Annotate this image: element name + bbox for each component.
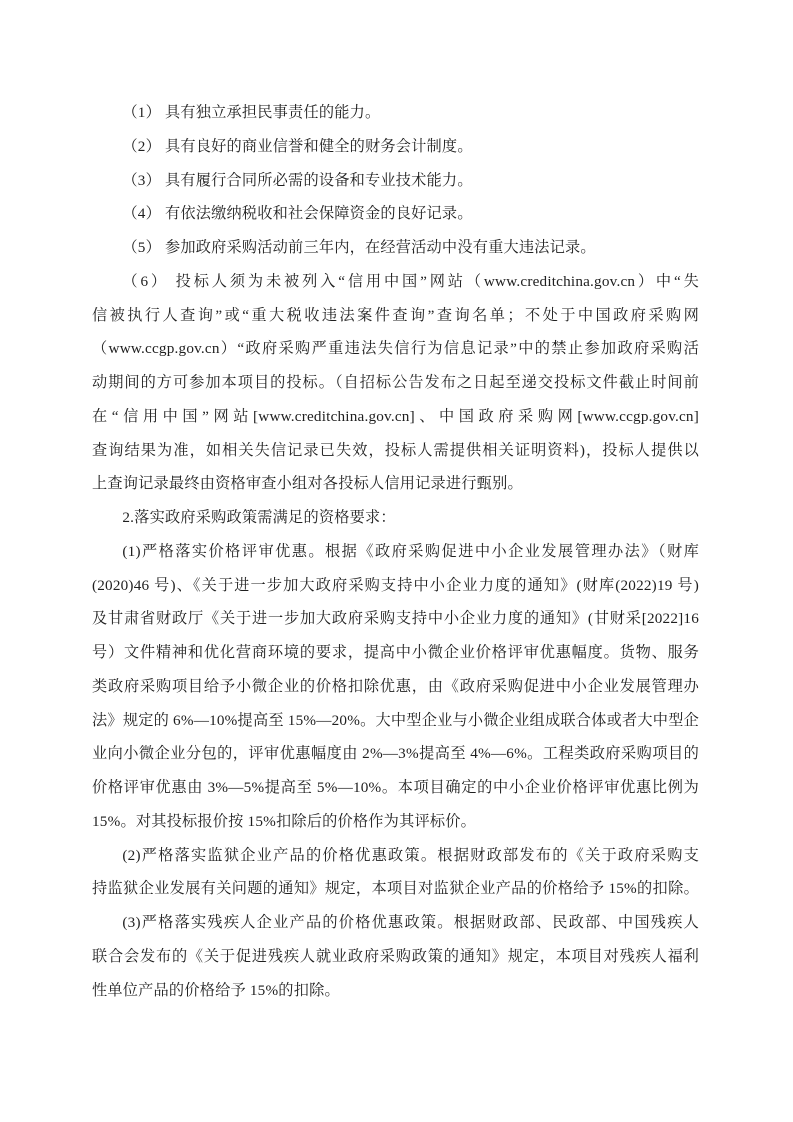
text-line: 号）文件精神和优化营商环境的要求，提高中小微企业价格评审优惠幅度。货物、服务 — [92, 636, 699, 670]
paragraph: (1)严格落实价格评审优惠。根据《政府采购促进中小企业发展管理办法》（财库 (2… — [92, 535, 699, 839]
paragraph: （4） 有依法缴纳税收和社会保障资金的良好记录。 — [92, 197, 699, 231]
paragraph: 2.落实政府采购政策需满足的资格要求： — [92, 501, 699, 535]
text-line: (2)严格落实监狱企业产品的价格优惠政策。根据财政部发布的《关于政府采购支 — [92, 839, 699, 873]
document-page: （1） 具有独立承担民事责任的能力。 （2） 具有良好的商业信誉和健全的财务会计… — [0, 0, 793, 1122]
text-line: 上查询记录最终由资格审查小组对各投标人信用记录进行甄别。 — [92, 467, 699, 501]
text-line: (2020)46 号)、《关于进一步加大政府采购支持中小企业力度的通知》(财库(… — [92, 569, 699, 603]
text-line: (3)严格落实残疾人企业产品的价格优惠政策。根据财政部、民政部、中国残疾人 — [92, 906, 699, 940]
document-body: （1） 具有独立承担民事责任的能力。 （2） 具有良好的商业信誉和健全的财务会计… — [92, 96, 699, 1007]
text-line: 动期间的方可参加本项目的投标。（自招标公告发布之日起至递交投标文件截止时间前 — [92, 366, 699, 400]
text-line: 价格评审优惠由 3%—5%提高至 5%—10%。本项目确定的中小企业价格评审优惠… — [92, 771, 699, 805]
paragraph: （1） 具有独立承担民事责任的能力。 — [92, 96, 699, 130]
text-line: 法》规定的 6%—10%提高至 15%—20%。大中型企业与小微企业组成联合体或… — [92, 704, 699, 738]
text-line: 及甘肃省财政厅《关于进一步加大政府采购支持中小企业力度的通知》(甘财采[2022… — [92, 602, 699, 636]
text-line: （4） 有依法缴纳税收和社会保障资金的良好记录。 — [92, 197, 699, 231]
paragraph: （6） 投标人须为未被列入“信用中国”网站（www.creditchina.go… — [92, 265, 699, 501]
text-line: 联合会发布的《关于促进残疾人就业政府采购政策的通知》规定，本项目对残疾人福利 — [92, 940, 699, 974]
text-line: （5） 参加政府采购活动前三年内，在经营活动中没有重大违法记录。 — [92, 231, 699, 265]
text-line: （1） 具有独立承担民事责任的能力。 — [92, 96, 699, 130]
text-line: 类政府采购项目给予小微企业的价格扣除优惠，由《政府采购促进中小企业发展管理办 — [92, 670, 699, 704]
text-line: (1)严格落实价格评审优惠。根据《政府采购促进中小企业发展管理办法》（财库 — [92, 535, 699, 569]
text-line: 2.落实政府采购政策需满足的资格要求： — [92, 501, 699, 535]
text-line: 信被执行人查询”或“重大税收违法案件查询”查询名单；不处于中国政府采购网 — [92, 299, 699, 333]
text-line: 查询结果为准，如相关失信记录已失效，投标人需提供相关证明资料)，投标人提供以 — [92, 434, 699, 468]
paragraph: （5） 参加政府采购活动前三年内，在经营活动中没有重大违法记录。 — [92, 231, 699, 265]
text-line: （2） 具有良好的商业信誉和健全的财务会计制度。 — [92, 130, 699, 164]
paragraph: (2)严格落实监狱企业产品的价格优惠政策。根据财政部发布的《关于政府采购支 持监… — [92, 839, 699, 907]
paragraph: (3)严格落实残疾人企业产品的价格优惠政策。根据财政部、民政部、中国残疾人 联合… — [92, 906, 699, 1007]
text-line: 15%。对其投标报价按 15%扣除后的价格作为其评标价。 — [92, 805, 699, 839]
text-line: （3） 具有履行合同所必需的设备和专业技术能力。 — [92, 164, 699, 198]
text-line: 持监狱企业发展有关问题的通知》规定，本项目对监狱企业产品的价格给予 15%的扣除… — [92, 872, 699, 906]
text-line: （www.ccgp.gov.cn）“政府采购严重违法失信行为信息记录”中的禁止参… — [92, 332, 699, 366]
text-line: 性单位产品的价格给予 15%的扣除。 — [92, 974, 699, 1008]
text-line: 业向小微企业分包的，评审优惠幅度由 2%—3%提高至 4%—6%。工程类政府采购… — [92, 737, 699, 771]
text-line: （6） 投标人须为未被列入“信用中国”网站（www.creditchina.go… — [92, 265, 699, 299]
paragraph: （2） 具有良好的商业信誉和健全的财务会计制度。 — [92, 130, 699, 164]
paragraph: （3） 具有履行合同所必需的设备和专业技术能力。 — [92, 164, 699, 198]
text-line: 在“信用中国”网站[www.creditchina.gov.cn]、中国政府采购… — [92, 400, 699, 434]
